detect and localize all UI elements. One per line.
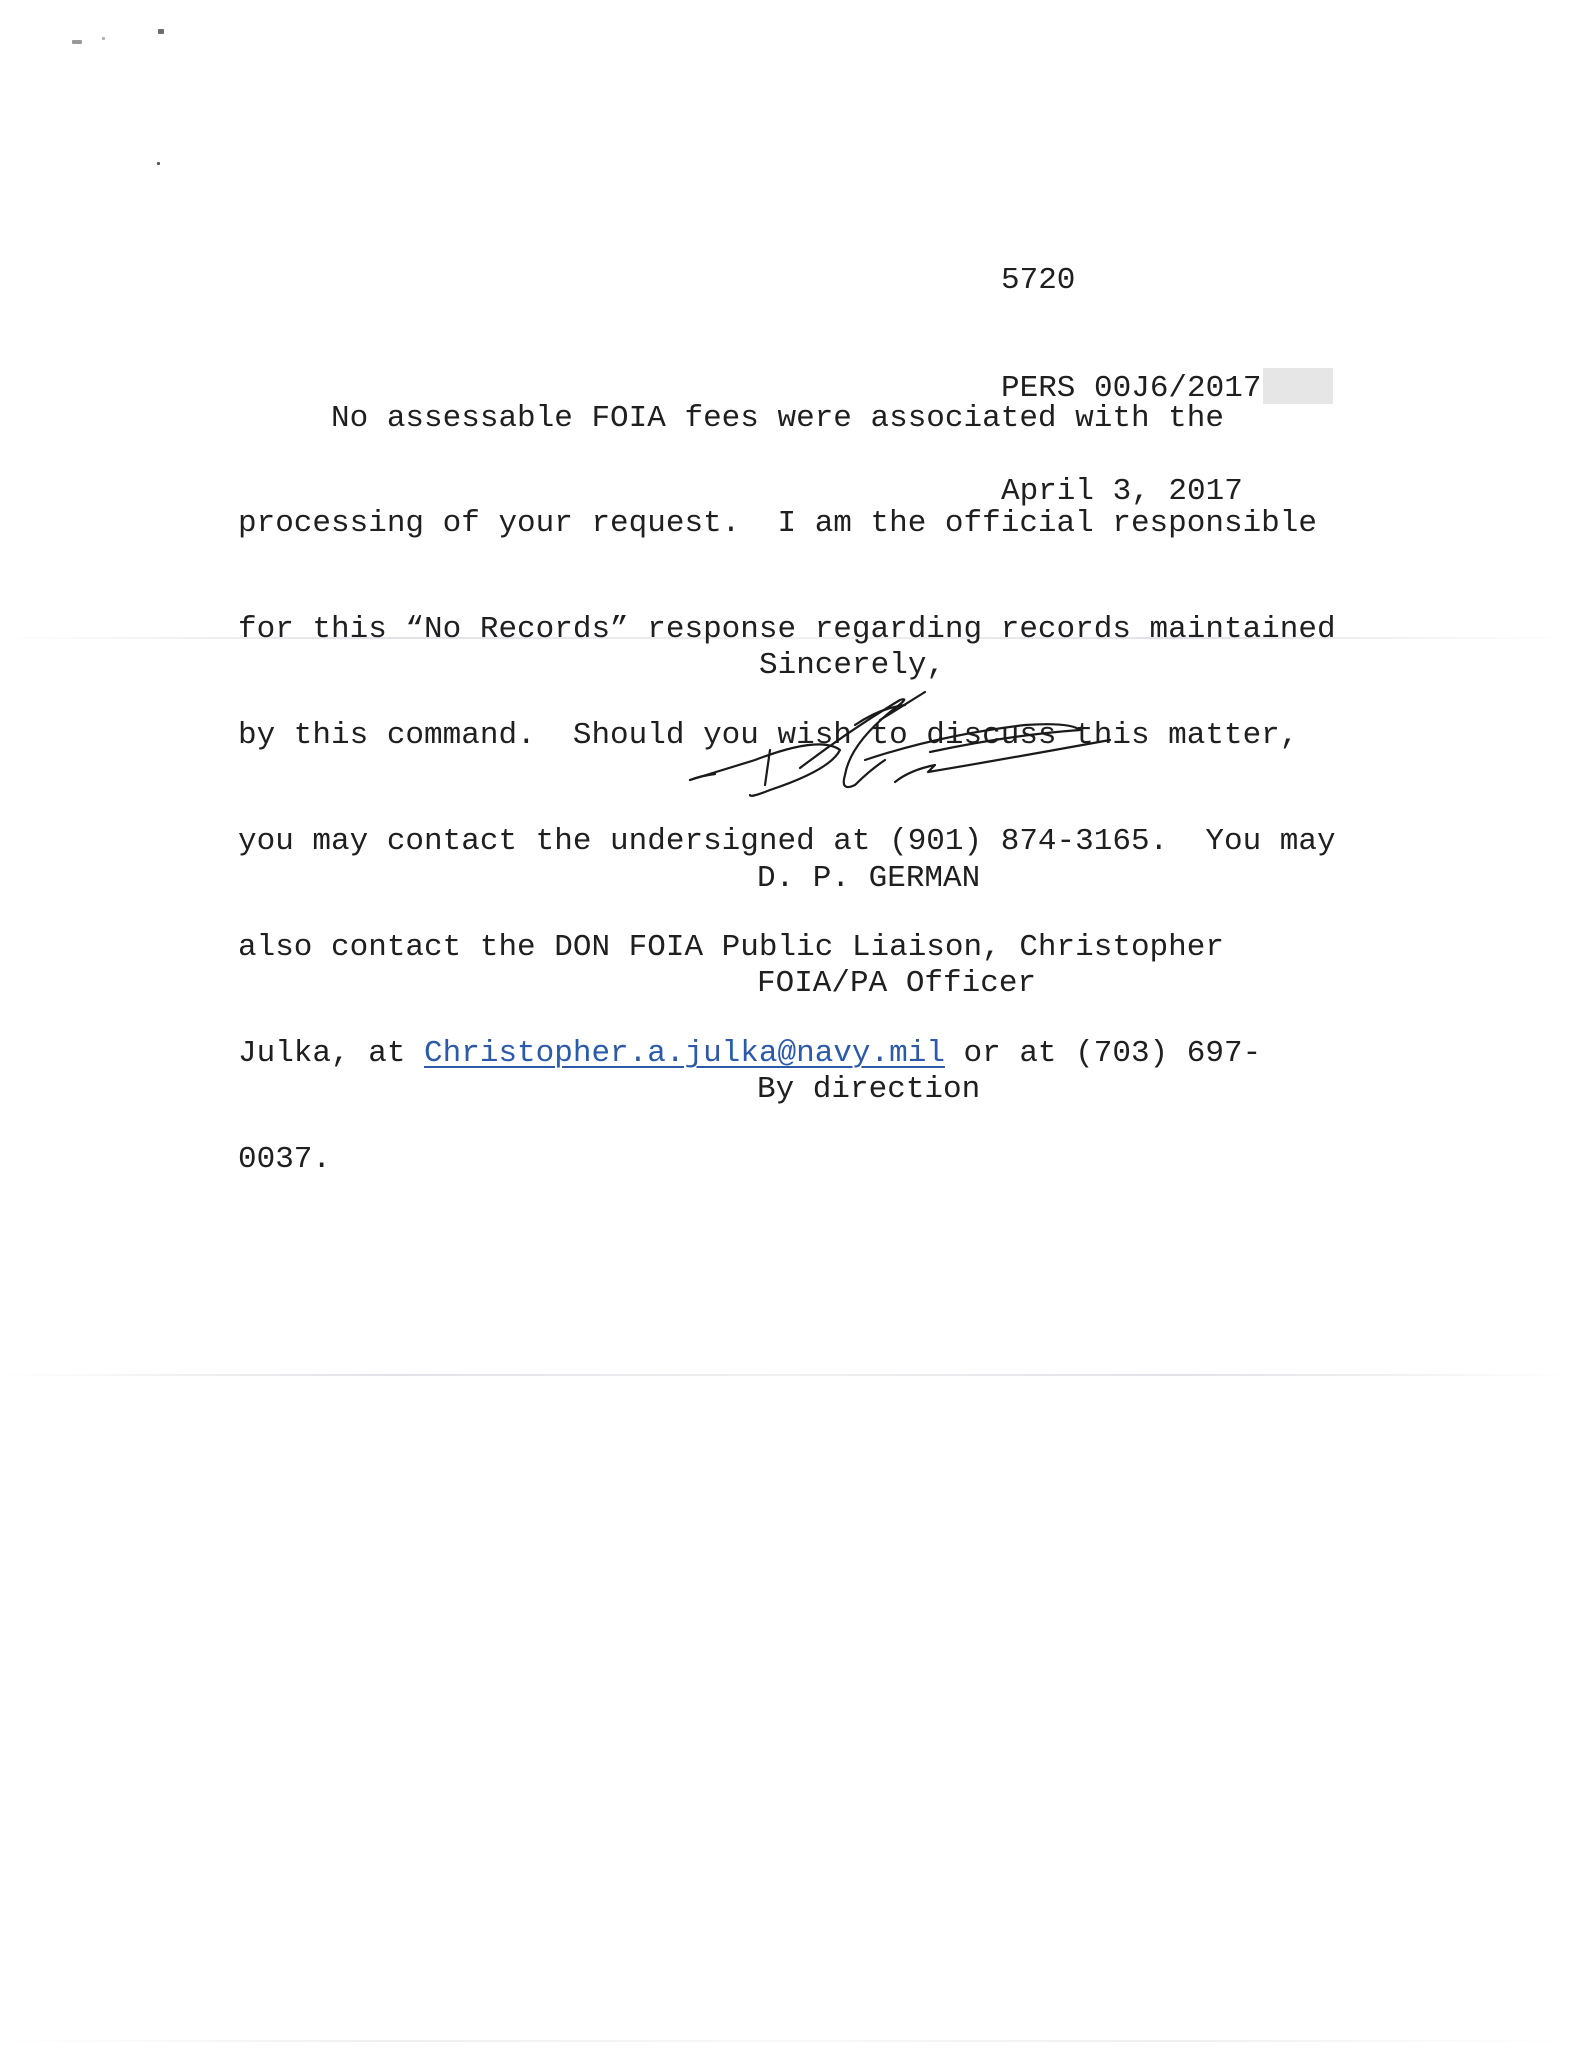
body-line: No assessable FOIA fees were associated … xyxy=(238,401,1336,436)
signer-name: D. P. GERMAN xyxy=(757,861,1036,896)
scan-speck xyxy=(158,29,164,34)
letter-page: 5720 PERS 00J6/2017 April 3, 2017 No ass… xyxy=(0,0,1572,2048)
file-number: 5720 xyxy=(1001,263,1333,298)
signature-block: D. P. GERMAN FOIA/PA Officer By directio… xyxy=(757,790,1036,1178)
salutation: Sincerely, xyxy=(759,648,945,683)
body-line: processing of your request. I am the off… xyxy=(238,506,1336,541)
scan-speck xyxy=(72,40,82,44)
scan-line xyxy=(0,1374,1572,1376)
line-prefix: Julka, at xyxy=(238,1036,424,1071)
scan-speck xyxy=(102,37,105,40)
signer-title: FOIA/PA Officer xyxy=(757,966,1036,1001)
signer-authority: By direction xyxy=(757,1072,1036,1107)
scan-line xyxy=(0,2040,1572,2042)
scan-speck xyxy=(157,162,160,165)
body-line: for this “No Records” response regarding… xyxy=(238,612,1336,647)
